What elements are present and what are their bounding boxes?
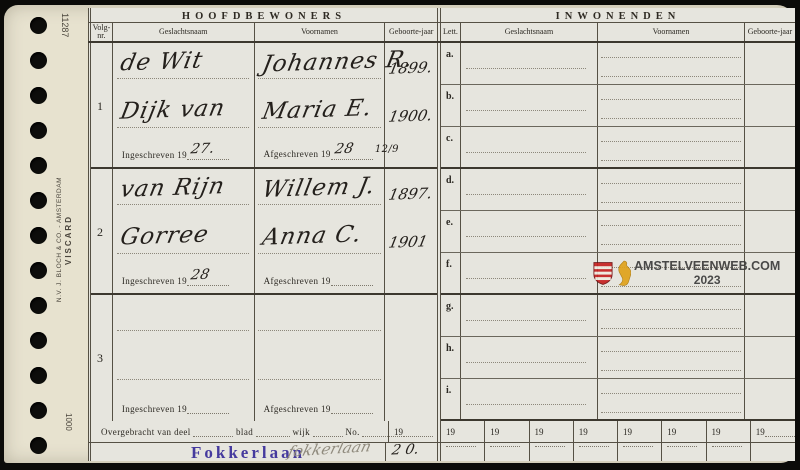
house-number-cell: 2 0. <box>385 443 437 461</box>
handwritten-surname: de Wit <box>118 48 205 77</box>
ingeschreven-line: Ingeschreven 1927. <box>122 150 229 160</box>
handwritten-firstnames: Maria E. <box>260 95 375 125</box>
transfer-row: Overgebracht van deel blad wijk No. 19 1… <box>88 421 795 443</box>
birthyear-cell <box>745 85 795 126</box>
write-line <box>258 379 380 380</box>
resident-group-1: 1 de Wit Dijk van Ingeschreven 1927. <box>91 43 437 169</box>
write-line <box>258 253 380 254</box>
year-cell: 19 <box>388 421 437 442</box>
handwritten-firstnames: Anna C. <box>260 221 364 250</box>
year-prefix: 19 <box>623 427 632 437</box>
lodger-row-b: b. <box>441 85 795 127</box>
lodger-row-h: h. <box>441 337 795 379</box>
printer-imprint: N.V. J. BLOCH & CO. - AMSTERDAM VISCARD <box>56 155 73 325</box>
dotted-blank <box>193 428 233 437</box>
write-line <box>117 379 249 380</box>
firstnames-cell <box>598 127 745 167</box>
lett-cell: d. <box>441 169 461 210</box>
lett-cell: a. <box>441 43 461 84</box>
handwritten-year: 28 <box>189 267 211 284</box>
year-cell: 19 <box>751 421 795 442</box>
header-voornamen-r: Voornamen <box>598 23 745 41</box>
surname-cell <box>461 43 598 84</box>
write-line <box>601 244 741 245</box>
lett-cell: e. <box>441 211 461 252</box>
write-line <box>601 57 741 58</box>
ingeschreven-label: Ingeschreven 19 <box>122 150 187 160</box>
binder-hole-icon <box>30 17 47 34</box>
year-prefix: 19 <box>667 427 676 437</box>
firstnames-cell <box>598 43 745 84</box>
handwritten-year: 28 <box>333 141 355 158</box>
write-line <box>117 330 249 331</box>
watermark-year: 2023 <box>694 273 721 287</box>
write-line <box>466 236 586 237</box>
row-letter: e. <box>446 217 453 228</box>
volgnr-cell: 1 <box>91 43 113 167</box>
binder-hole-icon <box>30 87 47 104</box>
binder-holes <box>30 17 50 454</box>
empty-cell <box>485 443 529 461</box>
header-volgnr: Volg-nr. <box>91 23 113 41</box>
ingeschreven-line: Ingeschreven 1928 <box>122 276 229 286</box>
column-header-row: Volg-nr. Geslachtsnaam Voornamen Geboort… <box>88 23 795 43</box>
surname-cell: Ingeschreven 19 <box>113 295 255 421</box>
write-line <box>466 362 586 363</box>
lett-cell: h. <box>441 337 461 378</box>
firstnames-cell <box>598 337 745 378</box>
binder-hole-icon <box>30 332 47 349</box>
card-print-run: 1000 <box>64 413 73 431</box>
register-card: 11287 1000 N.V. J. BLOCH & CO. - AMSTERD… <box>4 5 795 463</box>
surname-cell: van Rijn Gorree Ingeschreven 1928 <box>113 169 255 293</box>
dotted-blank <box>187 405 229 414</box>
year-cell: 19 <box>707 421 751 442</box>
row-letter: h. <box>446 343 454 354</box>
row-letter: g. <box>446 301 454 312</box>
birthyear-cell <box>745 169 795 210</box>
firstnames-cell: Afgeschreven 19 <box>255 295 386 421</box>
inwonenden-title: INWONENDEN <box>441 8 795 22</box>
write-line <box>466 110 586 111</box>
empty-cell <box>751 443 795 461</box>
binder-hole-icon <box>30 227 47 244</box>
birthyear-cell <box>745 127 795 167</box>
dotted-blank <box>331 277 373 286</box>
write-line <box>466 152 586 153</box>
group-number: 3 <box>97 351 103 366</box>
write-line <box>601 202 741 203</box>
year-prefix: 19 <box>446 427 455 437</box>
watermark: AMSTELVEENWEB.COM 2023 <box>593 259 793 287</box>
dotted-blank: 28 <box>187 277 229 286</box>
afgeschreven-label: Afgeschreven 19 <box>264 149 331 159</box>
write-line <box>601 141 741 142</box>
write-line <box>601 351 741 352</box>
dotted-blank <box>313 428 343 437</box>
binder-hole-icon <box>30 192 47 209</box>
blad-label: blad <box>236 427 253 437</box>
binder-hole-icon <box>30 52 47 69</box>
header-geslachtsnaam-r: Geslachtsnaam <box>461 23 598 41</box>
watermark-site: AMSTELVEENWEB.COM <box>634 259 780 273</box>
lett-cell: b. <box>441 85 461 126</box>
dotted-blank: 27. <box>187 151 229 160</box>
empty-cell <box>441 443 485 461</box>
hoofdbewoners-section: 1 de Wit Dijk van Ingeschreven 1927. <box>88 43 437 421</box>
write-line <box>258 127 380 128</box>
year-cell: 19 <box>441 421 485 442</box>
afgeschreven-line: Afgeschreven 19 <box>264 276 373 286</box>
amstelveen-shield-icon <box>593 261 613 286</box>
street-name-area: Fokkerlaan fokkerlaan <box>91 443 385 461</box>
afgeschreven-line: Afgeschreven 19 <box>264 404 373 414</box>
header-geslachtsnaam: Geslachtsnaam <box>113 23 255 41</box>
firstnames-cell <box>598 211 745 252</box>
printer-brand: VISCARD <box>64 215 73 265</box>
lett-cell: c. <box>441 127 461 167</box>
write-line <box>601 160 741 161</box>
write-line <box>601 412 741 413</box>
inwonenden-section: a. b. c. d. <box>441 43 795 421</box>
write-line <box>258 330 380 331</box>
write-line <box>117 253 249 254</box>
no-label: No. <box>345 427 359 437</box>
year-prefix: 19 <box>535 427 544 437</box>
birthyear-cell <box>745 43 795 84</box>
card-serial-number: 11287 <box>60 13 70 37</box>
afgeschreven-label: Afgeschreven 19 <box>264 404 331 414</box>
dotted-blank <box>256 428 290 437</box>
birthyear-cell <box>745 295 795 336</box>
header-voornamen: Voornamen <box>255 23 386 41</box>
write-line <box>601 309 741 310</box>
street-row: Fokkerlaan fokkerlaan 2 0. <box>88 443 795 461</box>
lodger-row-a: a. <box>441 43 795 85</box>
row-letter: a. <box>446 49 454 60</box>
firstnames-cell: Johannes R. Maria E. Afgeschreven 192812… <box>255 43 386 167</box>
printer-company: N.V. J. BLOCH & CO. - AMSTERDAM <box>56 177 63 302</box>
handwritten-birthyear: 1897. <box>388 184 435 203</box>
surname-cell <box>461 253 598 293</box>
empty-cell <box>530 443 574 461</box>
binder-hole-icon <box>30 262 47 279</box>
write-line <box>117 78 249 79</box>
write-line <box>601 225 741 226</box>
birthyear-cell: 1897. 1901 <box>385 169 437 293</box>
lodger-row-d: d. <box>441 169 795 211</box>
write-line <box>466 320 586 321</box>
birthyear-cell <box>745 379 795 419</box>
write-line <box>601 328 741 329</box>
afgeschreven-line: Afgeschreven 192812/9 <box>264 149 399 160</box>
write-line <box>117 127 249 128</box>
write-line <box>258 204 380 205</box>
afgeschreven-label: Afgeschreven 19 <box>264 276 331 286</box>
dotted-blank: 28 <box>331 151 373 160</box>
surname-cell <box>461 127 598 167</box>
write-line <box>601 118 741 119</box>
binder-hole-icon <box>30 402 47 419</box>
handwritten-house-number: 2 0. <box>391 442 421 459</box>
birthyear-cell <box>745 337 795 378</box>
surname-cell <box>461 169 598 210</box>
watermark-text: AMSTELVEENWEB.COM 2023 <box>634 259 780 287</box>
surname-cell <box>461 211 598 252</box>
binder-hole-icon <box>30 122 47 139</box>
year-prefix: 19 <box>579 427 588 437</box>
table-body: 1 de Wit Dijk van Ingeschreven 1927. <box>88 43 795 421</box>
ingeschreven-label: Ingeschreven 19 <box>122 404 187 414</box>
wijk-label: wijk <box>292 427 310 437</box>
lett-cell: f. <box>441 253 461 293</box>
write-line <box>117 204 249 205</box>
header-lett: Lett. <box>441 23 461 41</box>
dotted-blank <box>331 405 373 414</box>
lion-icon <box>616 260 631 286</box>
group-number: 1 <box>97 99 103 114</box>
write-line <box>601 183 741 184</box>
header-geboortejaar: Geboorte-jaar <box>385 23 437 41</box>
section-titles-row: HOOFDBEWONERS INWONENDEN <box>88 8 795 23</box>
year-cell: 19 <box>530 421 574 442</box>
birthyear-cell: 1899. 1900. <box>385 43 437 167</box>
lett-cell: i. <box>441 379 461 419</box>
empty-cell <box>618 443 662 461</box>
lodger-row-e: e. <box>441 211 795 253</box>
handwritten-firstnames: Willem J. <box>260 173 378 203</box>
firstnames-cell <box>598 169 745 210</box>
handwritten-surname: Gorree <box>118 221 211 250</box>
year-cell: 19 <box>662 421 706 442</box>
volgnr-cell: 3 <box>91 295 113 421</box>
firstnames-cell: Willem J. Anna C. Afgeschreven 19 <box>255 169 386 293</box>
write-line <box>601 370 741 371</box>
binder-hole-icon <box>30 297 47 314</box>
year-cell: 19 <box>618 421 662 442</box>
firstnames-cell <box>598 85 745 126</box>
lett-cell: g. <box>441 295 461 336</box>
ingeschreven-label: Ingeschreven 19 <box>122 276 187 286</box>
write-line <box>466 194 586 195</box>
surname-cell <box>461 295 598 336</box>
resident-group-3: 3 Ingeschreven 19 Afgeschreven 19 <box>91 295 437 421</box>
write-line <box>258 78 380 79</box>
row-letter: b. <box>446 91 454 102</box>
handwritten-year: 27. <box>189 141 216 158</box>
binder-hole-icon <box>30 437 47 454</box>
year-prefix: 19 <box>394 427 403 437</box>
handwritten-birthyear: 1900. <box>388 106 435 125</box>
empty-cell <box>662 443 706 461</box>
surname-cell <box>461 337 598 378</box>
row-letter: i. <box>446 385 451 396</box>
lodger-row-g: g. <box>441 295 795 337</box>
binder-hole-icon <box>30 157 47 174</box>
volgnr-cell: 2 <box>91 169 113 293</box>
hoofdbewoners-title: HOOFDBEWONERS <box>88 8 437 22</box>
write-line <box>601 99 741 100</box>
firstnames-cell <box>598 295 745 336</box>
row-letter: f. <box>446 259 452 270</box>
empty-cell <box>574 443 618 461</box>
write-line <box>466 404 586 405</box>
handwritten-birthyear: 1899. <box>388 58 435 77</box>
year-cell: 19 <box>574 421 618 442</box>
write-line <box>466 278 586 279</box>
resident-group-2: 2 van Rijn Gorree Ingeschreven 1928 <box>91 169 437 295</box>
surname-cell: de Wit Dijk van Ingeschreven 1927. <box>113 43 255 167</box>
row-letter: d. <box>446 175 454 186</box>
lodger-row-i: i. <box>441 379 795 421</box>
binder-hole-icon <box>30 367 47 384</box>
dotted-blank <box>403 428 433 437</box>
firstnames-cell <box>598 379 745 419</box>
write-line <box>601 76 741 77</box>
year-prefix: 19 <box>712 427 721 437</box>
empty-cell <box>707 443 751 461</box>
birthyear-cell <box>385 295 437 421</box>
surname-cell <box>461 379 598 419</box>
dotted-blank <box>765 428 795 437</box>
register-table: HOOFDBEWONERS INWONENDEN Volg-nr. Geslac… <box>88 8 795 461</box>
ingeschreven-line: Ingeschreven 19 <box>122 404 229 414</box>
write-line <box>601 393 741 394</box>
birthyear-cell <box>745 211 795 252</box>
year-cell: 19 <box>485 421 529 442</box>
row-letter: c. <box>446 133 453 144</box>
group-number: 2 <box>97 225 103 240</box>
handwritten-birthyear: 1901 <box>388 232 430 251</box>
write-line <box>466 68 586 69</box>
header-geboortejaar-r: Geboorte-jaar <box>745 23 795 41</box>
handwritten-surname: Dijk van <box>118 95 228 125</box>
year-prefix: 19 <box>756 427 765 437</box>
surname-cell <box>461 85 598 126</box>
overgebracht-label: Overgebracht van deel <box>101 427 191 437</box>
year-prefix: 19 <box>490 427 499 437</box>
lodger-row-c: c. <box>441 127 795 169</box>
handwritten-surname: van Rijn <box>118 173 227 203</box>
